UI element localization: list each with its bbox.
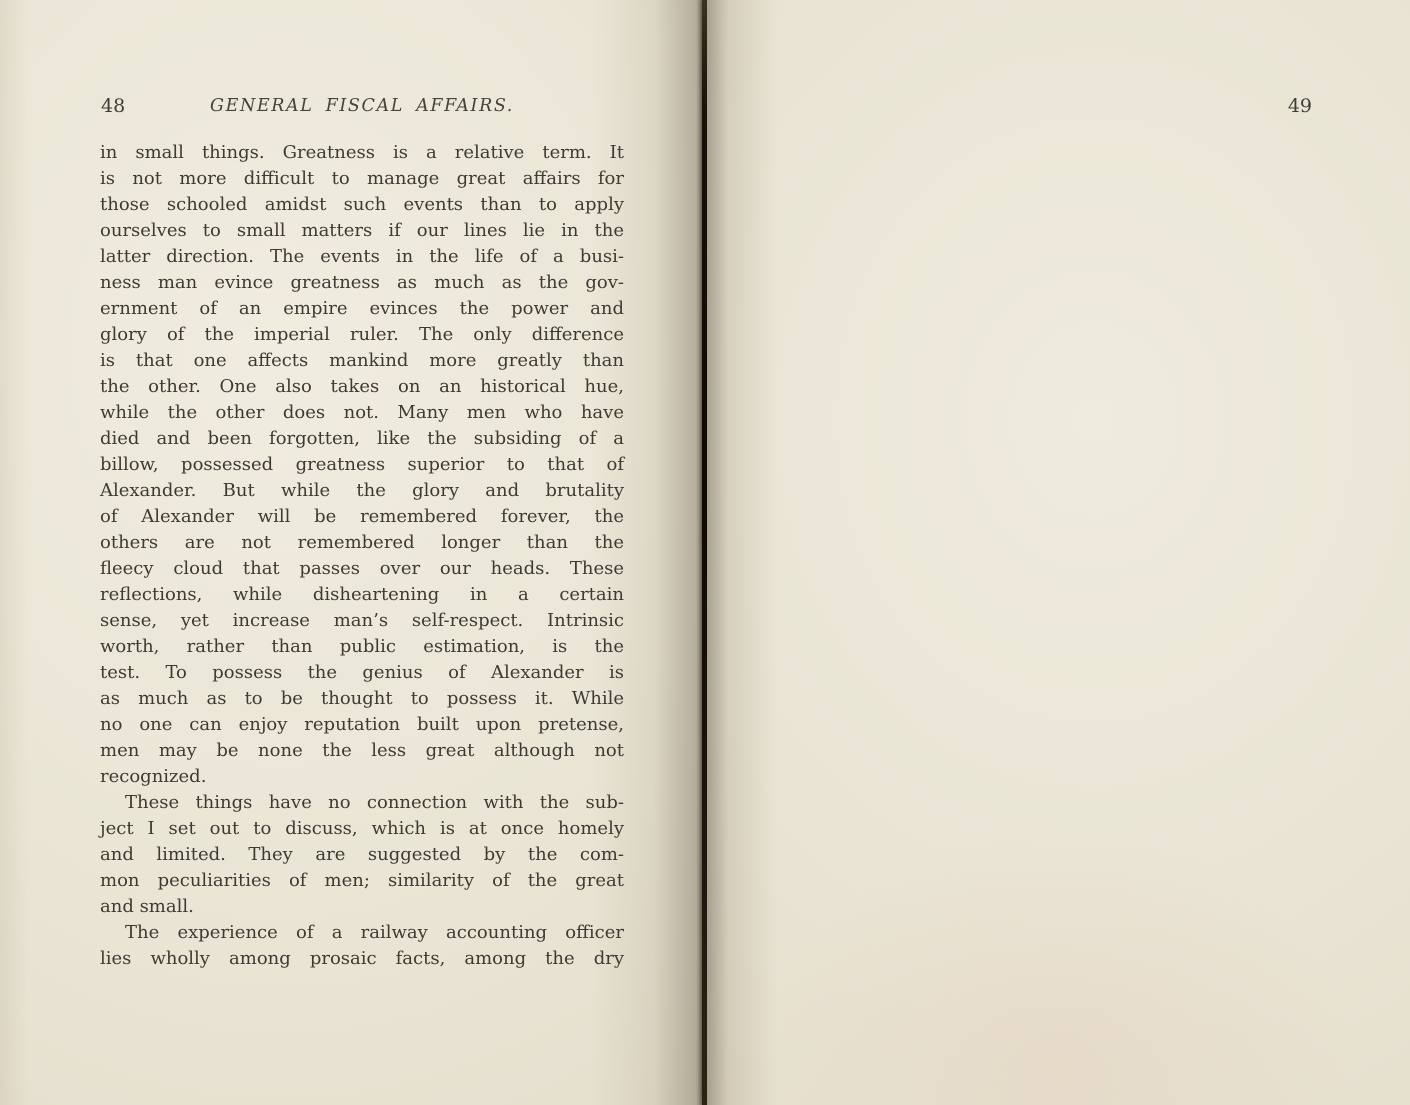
text-line: glory of the imperial ruler. The only di… [100,322,624,348]
text-line: lies wholly among prosaic facts, among t… [100,946,624,972]
text-line: of Alexander will be remembered forever,… [100,504,624,530]
text-line: in small things. Greatness is a relative… [100,140,624,166]
text-line: These things have no connection with the… [100,790,624,816]
text-line: no one can enjoy reputation built upon p… [100,712,624,738]
text-line: sense, yet increase man’s self-respect. … [100,608,624,634]
text-line: Alexander. But while the glory and bruta… [100,478,624,504]
text-line: recognized. [100,764,624,790]
text-line: mon peculiarities of men; similarity of … [100,868,624,894]
text-line: ject I set out to discuss, which is at o… [100,816,624,842]
text-line: men may be none the less great although … [100,738,624,764]
text-line: the other. One also takes on an historic… [100,374,624,400]
text-line: reflections, while disheartening in a ce… [100,582,624,608]
page-body-left: in small things. Greatness is a relative… [100,140,624,972]
text-line: fleecy cloud that passes over our heads.… [100,556,624,582]
text-line: is that one affects mankind more greatly… [100,348,624,374]
text-line: latter direction. The events in the life… [100,244,624,270]
text-line: test. To possess the genius of Alexander… [100,660,624,686]
text-line: and small. [100,894,624,920]
page-number-right: 49 [1288,95,1312,117]
text-line: The experience of a railway accounting o… [100,920,624,946]
text-line: ourselves to small matters if our lines … [100,218,624,244]
text-line: as much as to be thought to possess it. … [100,686,624,712]
page-right: ORGANIZATION OF ACCOUNTS. 49 details tha… [707,0,1410,1105]
running-header-left: GENERAL FISCAL AFFAIRS. [100,96,624,116]
page-left: 48 GENERAL FISCAL AFFAIRS. in small thin… [0,0,703,1105]
text-line: while the other does not. Many men who h… [100,400,624,426]
book-spread: 48 GENERAL FISCAL AFFAIRS. in small thin… [0,0,1410,1105]
text-line: worth, rather than public estimation, is… [100,634,624,660]
text-line: those schooled amidst such events than t… [100,192,624,218]
text-line: is not more difficult to manage great af… [100,166,624,192]
text-line: billow, possessed greatness superior to … [100,452,624,478]
text-line: others are not remembered longer than th… [100,530,624,556]
text-line: died and been forgotten, like the subsid… [100,426,624,452]
text-line: ernment of an empire evinces the power a… [100,296,624,322]
text-line: and limited. They are suggested by the c… [100,842,624,868]
text-line: ness man evince greatness as much as the… [100,270,624,296]
